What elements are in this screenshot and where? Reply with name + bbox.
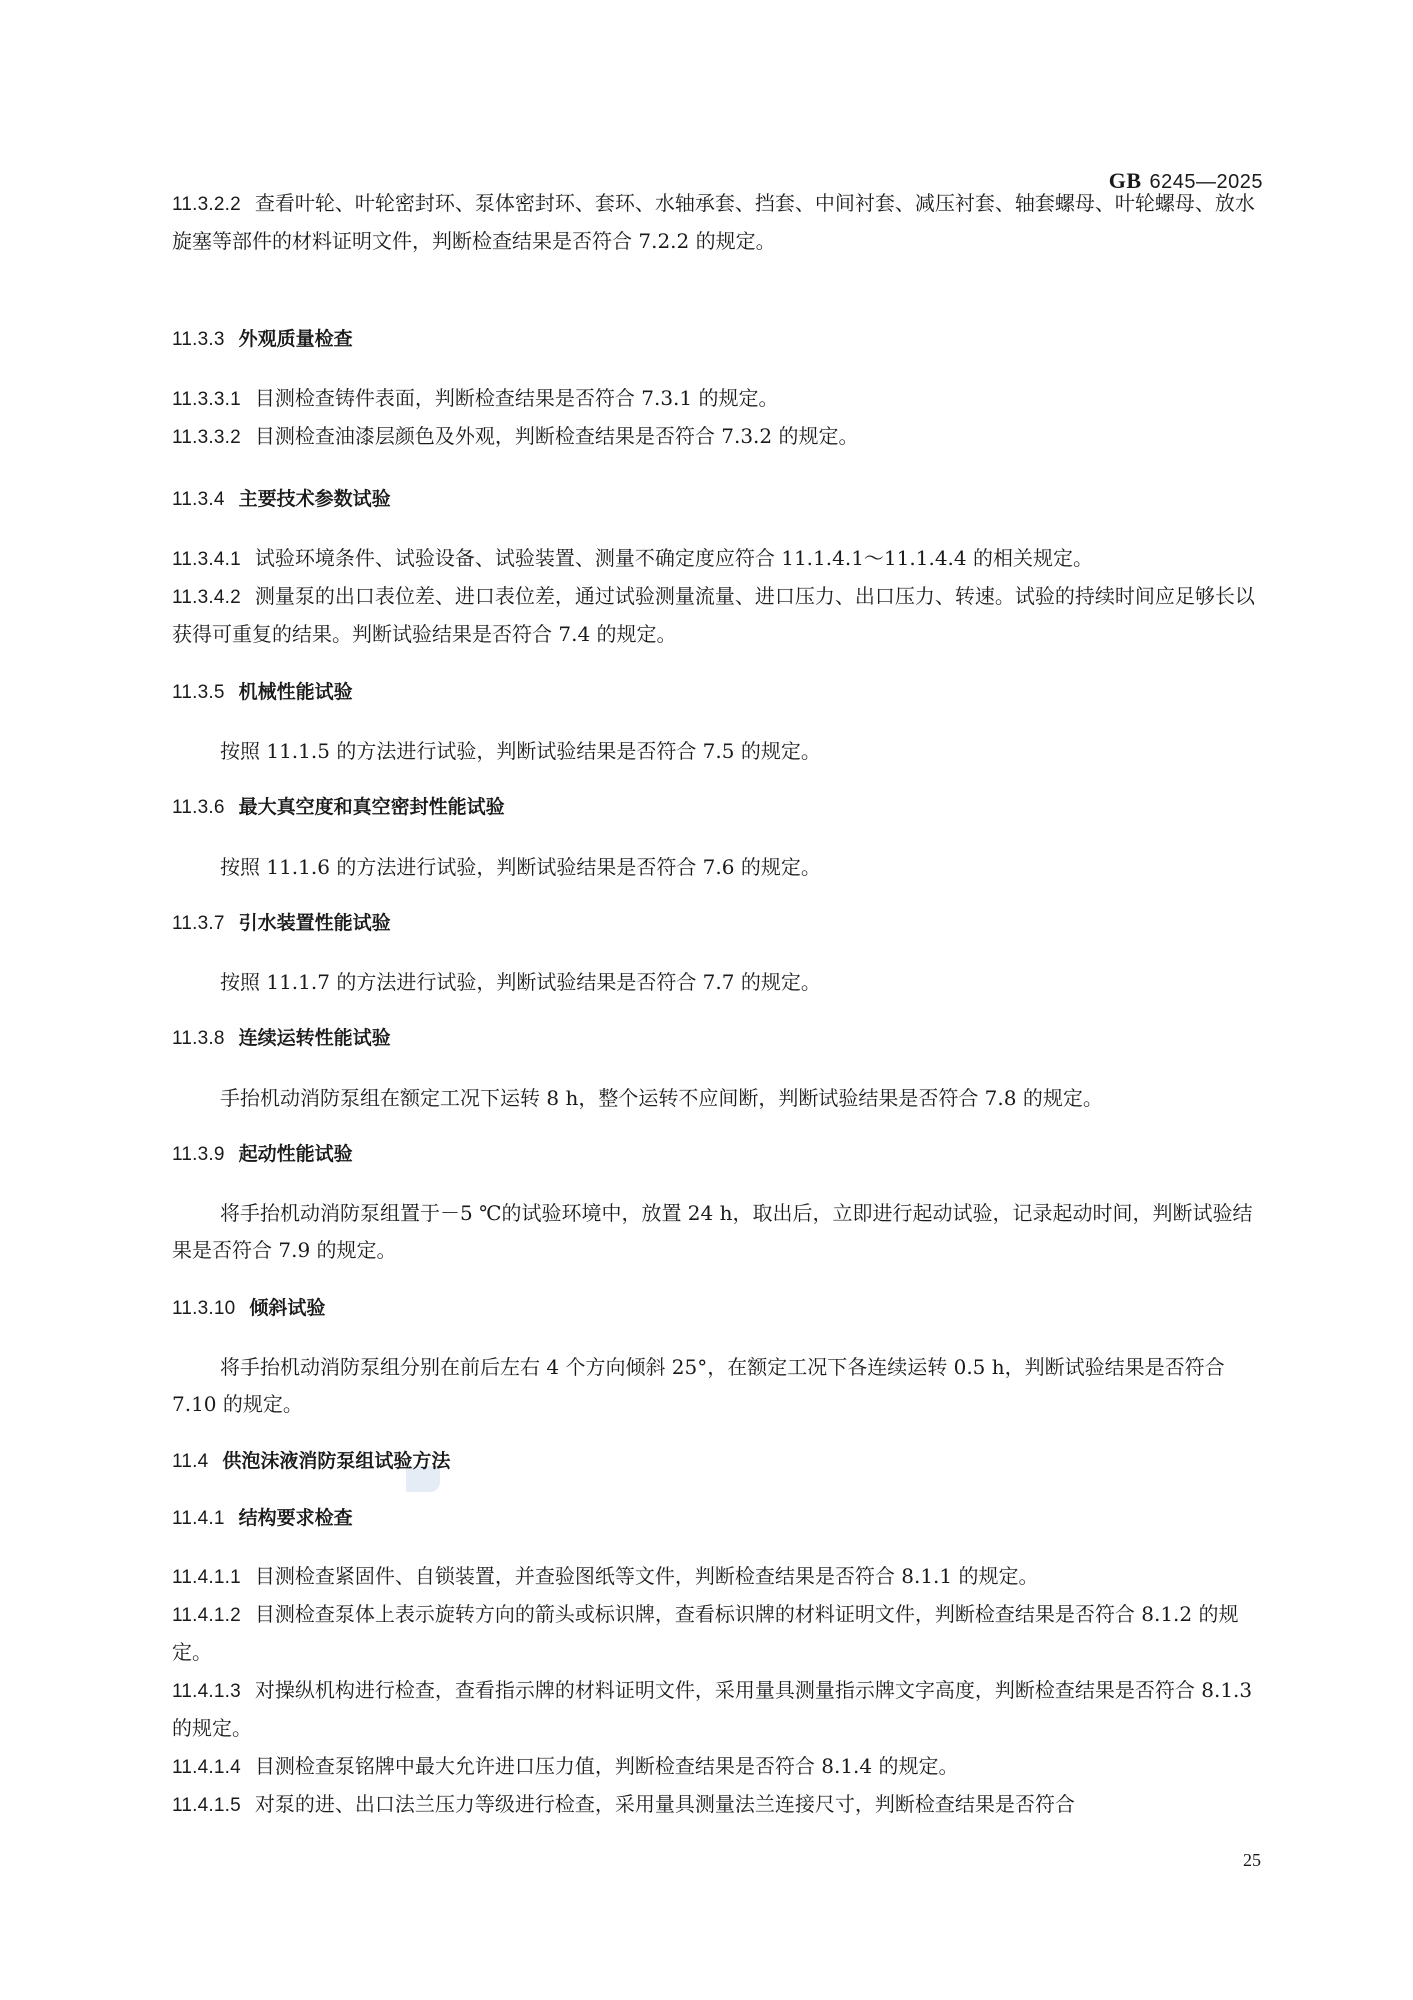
heading-number: 11.3.7 [172, 913, 225, 934]
clause-text: 目测检查铸件表面，判断检查结果是否符合 7.3.1 的规定。 [255, 386, 779, 410]
clause-text: 目测检查泵体上表示旋转方向的箭头或标识牌，查看标识牌的材料证明文件，判断检查结果… [172, 1602, 1238, 1664]
heading-11-4: 11.4供泡沫液消防泵组试验方法 [172, 1443, 1267, 1480]
clause-number: 11.4.1.2 [172, 1605, 241, 1626]
paragraph-11-3-8: 手抬机动消防泵组在额定工况下运转 8 h，整个运转不应间断，判断试验结果是否符合… [172, 1080, 1267, 1117]
paragraph-text: 按照 11.1.7 的方法进行试验，判断试验结果是否符合 7.7 的规定。 [220, 970, 821, 994]
heading-text: 外观质量检查 [239, 328, 353, 350]
document-page: GB6245—2025 11.3.2.2查看叶轮、叶轮密封环、泵体密封环、套环、… [0, 0, 1413, 2000]
heading-11-3-6: 11.3.6最大真空度和真空密封性能试验 [172, 789, 1267, 826]
paragraph-text: 将手抬机动消防泵组分别在前后左右 4 个方向倾斜 25°，在额定工况下各连续运转… [172, 1355, 1225, 1416]
paragraph-11-3-7: 按照 11.1.7 的方法进行试验，判断试验结果是否符合 7.7 的规定。 [172, 964, 1267, 1001]
heading-number: 11.3.9 [172, 1144, 225, 1165]
heading-number: 11.3.8 [172, 1028, 225, 1049]
clause-text: 测量泵的出口表位差、进口表位差，通过试验测量流量、进口压力、出口压力、转速。试验… [172, 584, 1255, 646]
heading-11-3-10: 11.3.10倾斜试验 [172, 1290, 1267, 1327]
clause-11-4-1-2: 11.4.1.2目测检查泵体上表示旋转方向的箭头或标识牌，查看标识牌的材料证明文… [172, 1596, 1267, 1671]
clause-text: 目测检查紧固件、自锁装置，并查验图纸等文件，判断检查结果是否符合 8.1.1 的… [255, 1564, 1039, 1588]
clause-11-3-2-2: 11.3.2.2查看叶轮、叶轮密封环、泵体密封环、套环、水轴承套、挡套、中间衬套… [172, 185, 1267, 260]
clause-number: 11.3.3.1 [172, 389, 241, 410]
heading-number: 11.3.3 [172, 329, 225, 350]
clause-11-3-4-1: 11.3.4.1试验环境条件、试验设备、试验装置、测量不确定度应符合 11.1.… [172, 540, 1267, 578]
page-number: 25 [1243, 1850, 1261, 1871]
heading-11-3-7: 11.3.7引水装置性能试验 [172, 905, 1267, 942]
clause-number: 11.3.4.1 [172, 549, 241, 570]
paragraph-11-3-5: 按照 11.1.5 的方法进行试验，判断试验结果是否符合 7.5 的规定。 [172, 733, 1267, 770]
clause-11-4-1-4: 11.4.1.4目测检查泵铭牌中最大允许进口压力值，判断检查结果是否符合 8.1… [172, 1748, 1267, 1786]
clause-11-3-3-1: 11.3.3.1目测检查铸件表面，判断检查结果是否符合 7.3.1 的规定。 [172, 380, 1267, 418]
heading-number: 11.3.6 [172, 797, 225, 818]
heading-text: 起动性能试验 [239, 1143, 353, 1165]
heading-text: 机械性能试验 [239, 681, 353, 703]
heading-text: 主要技术参数试验 [239, 488, 391, 510]
clause-number: 11.3.3.2 [172, 427, 241, 448]
heading-text: 结构要求检查 [239, 1507, 353, 1529]
clause-number: 11.4.1.4 [172, 1757, 241, 1778]
heading-number: 11.3.5 [172, 682, 225, 703]
clause-11-4-1-3: 11.4.1.3对操纵机构进行检查，查看指示牌的材料证明文件，采用量具测量指示牌… [172, 1672, 1267, 1747]
heading-11-3-5: 11.3.5机械性能试验 [172, 674, 1267, 711]
paragraph-text: 按照 11.1.6 的方法进行试验，判断试验结果是否符合 7.6 的规定。 [220, 855, 821, 879]
heading-number: 11.4.1 [172, 1508, 225, 1529]
heading-number: 11.3.10 [172, 1298, 235, 1319]
clause-text: 试验环境条件、试验设备、试验装置、测量不确定度应符合 11.1.4.1～11.1… [255, 546, 1093, 570]
clause-text: 查看叶轮、叶轮密封环、泵体密封环、套环、水轴承套、挡套、中间衬套、减压衬套、轴套… [172, 191, 1255, 253]
paragraph-11-3-6: 按照 11.1.6 的方法进行试验，判断试验结果是否符合 7.6 的规定。 [172, 849, 1267, 886]
heading-text: 最大真空度和真空密封性能试验 [239, 796, 505, 818]
heading-11-3-3: 11.3.3外观质量检查 [172, 321, 1267, 358]
heading-11-3-9: 11.3.9起动性能试验 [172, 1136, 1267, 1173]
heading-text: 连续运转性能试验 [239, 1027, 391, 1049]
paragraph-text: 按照 11.1.5 的方法进行试验，判断试验结果是否符合 7.5 的规定。 [220, 739, 821, 763]
clause-11-4-1-5: 11.4.1.5对泵的进、出口法兰压力等级进行检查，采用量具测量法兰连接尺寸，判… [172, 1786, 1267, 1824]
heading-11-4-1: 11.4.1结构要求检查 [172, 1500, 1267, 1537]
paragraph-text: 手抬机动消防泵组在额定工况下运转 8 h，整个运转不应间断，判断试验结果是否符合… [220, 1086, 1103, 1110]
heading-text: 倾斜试验 [249, 1297, 325, 1319]
heading-11-3-8: 11.3.8连续运转性能试验 [172, 1020, 1267, 1057]
clause-11-3-3-2: 11.3.3.2目测检查油漆层颜色及外观，判断检查结果是否符合 7.3.2 的规… [172, 418, 1267, 456]
heading-number: 11.4 [172, 1451, 208, 1472]
clause-number: 11.4.1.3 [172, 1681, 241, 1702]
clause-11-3-4-2: 11.3.4.2测量泵的出口表位差、进口表位差，通过试验测量流量、进口压力、出口… [172, 578, 1267, 653]
paragraph-11-3-9: 将手抬机动消防泵组置于－5 ℃的试验环境中，放置 24 h，取出后，立即进行起动… [172, 1195, 1267, 1269]
clause-number: 11.3.2.2 [172, 194, 241, 215]
heading-text: 供泡沫液消防泵组试验方法 [222, 1450, 450, 1472]
paragraph-text: 将手抬机动消防泵组置于－5 ℃的试验环境中，放置 24 h，取出后，立即进行起动… [172, 1201, 1253, 1262]
heading-text: 引水装置性能试验 [239, 912, 391, 934]
clause-number: 11.3.4.2 [172, 587, 241, 608]
clause-text: 目测检查油漆层颜色及外观，判断检查结果是否符合 7.3.2 的规定。 [255, 424, 859, 448]
clause-text: 对操纵机构进行检查，查看指示牌的材料证明文件，采用量具测量指示牌文字高度，判断检… [172, 1678, 1252, 1740]
heading-number: 11.3.4 [172, 489, 225, 510]
heading-11-3-4: 11.3.4主要技术参数试验 [172, 481, 1267, 518]
clause-number: 11.4.1.1 [172, 1567, 241, 1588]
clause-11-4-1-1: 11.4.1.1目测检查紧固件、自锁装置，并查验图纸等文件，判断检查结果是否符合… [172, 1558, 1267, 1596]
paragraph-11-3-10: 将手抬机动消防泵组分别在前后左右 4 个方向倾斜 25°，在额定工况下各连续运转… [172, 1349, 1267, 1423]
clause-number: 11.4.1.5 [172, 1795, 241, 1816]
clause-text: 对泵的进、出口法兰压力等级进行检查，采用量具测量法兰连接尺寸，判断检查结果是否符… [255, 1792, 1075, 1816]
clause-text: 目测检查泵铭牌中最大允许进口压力值，判断检查结果是否符合 8.1.4 的规定。 [255, 1754, 959, 1778]
